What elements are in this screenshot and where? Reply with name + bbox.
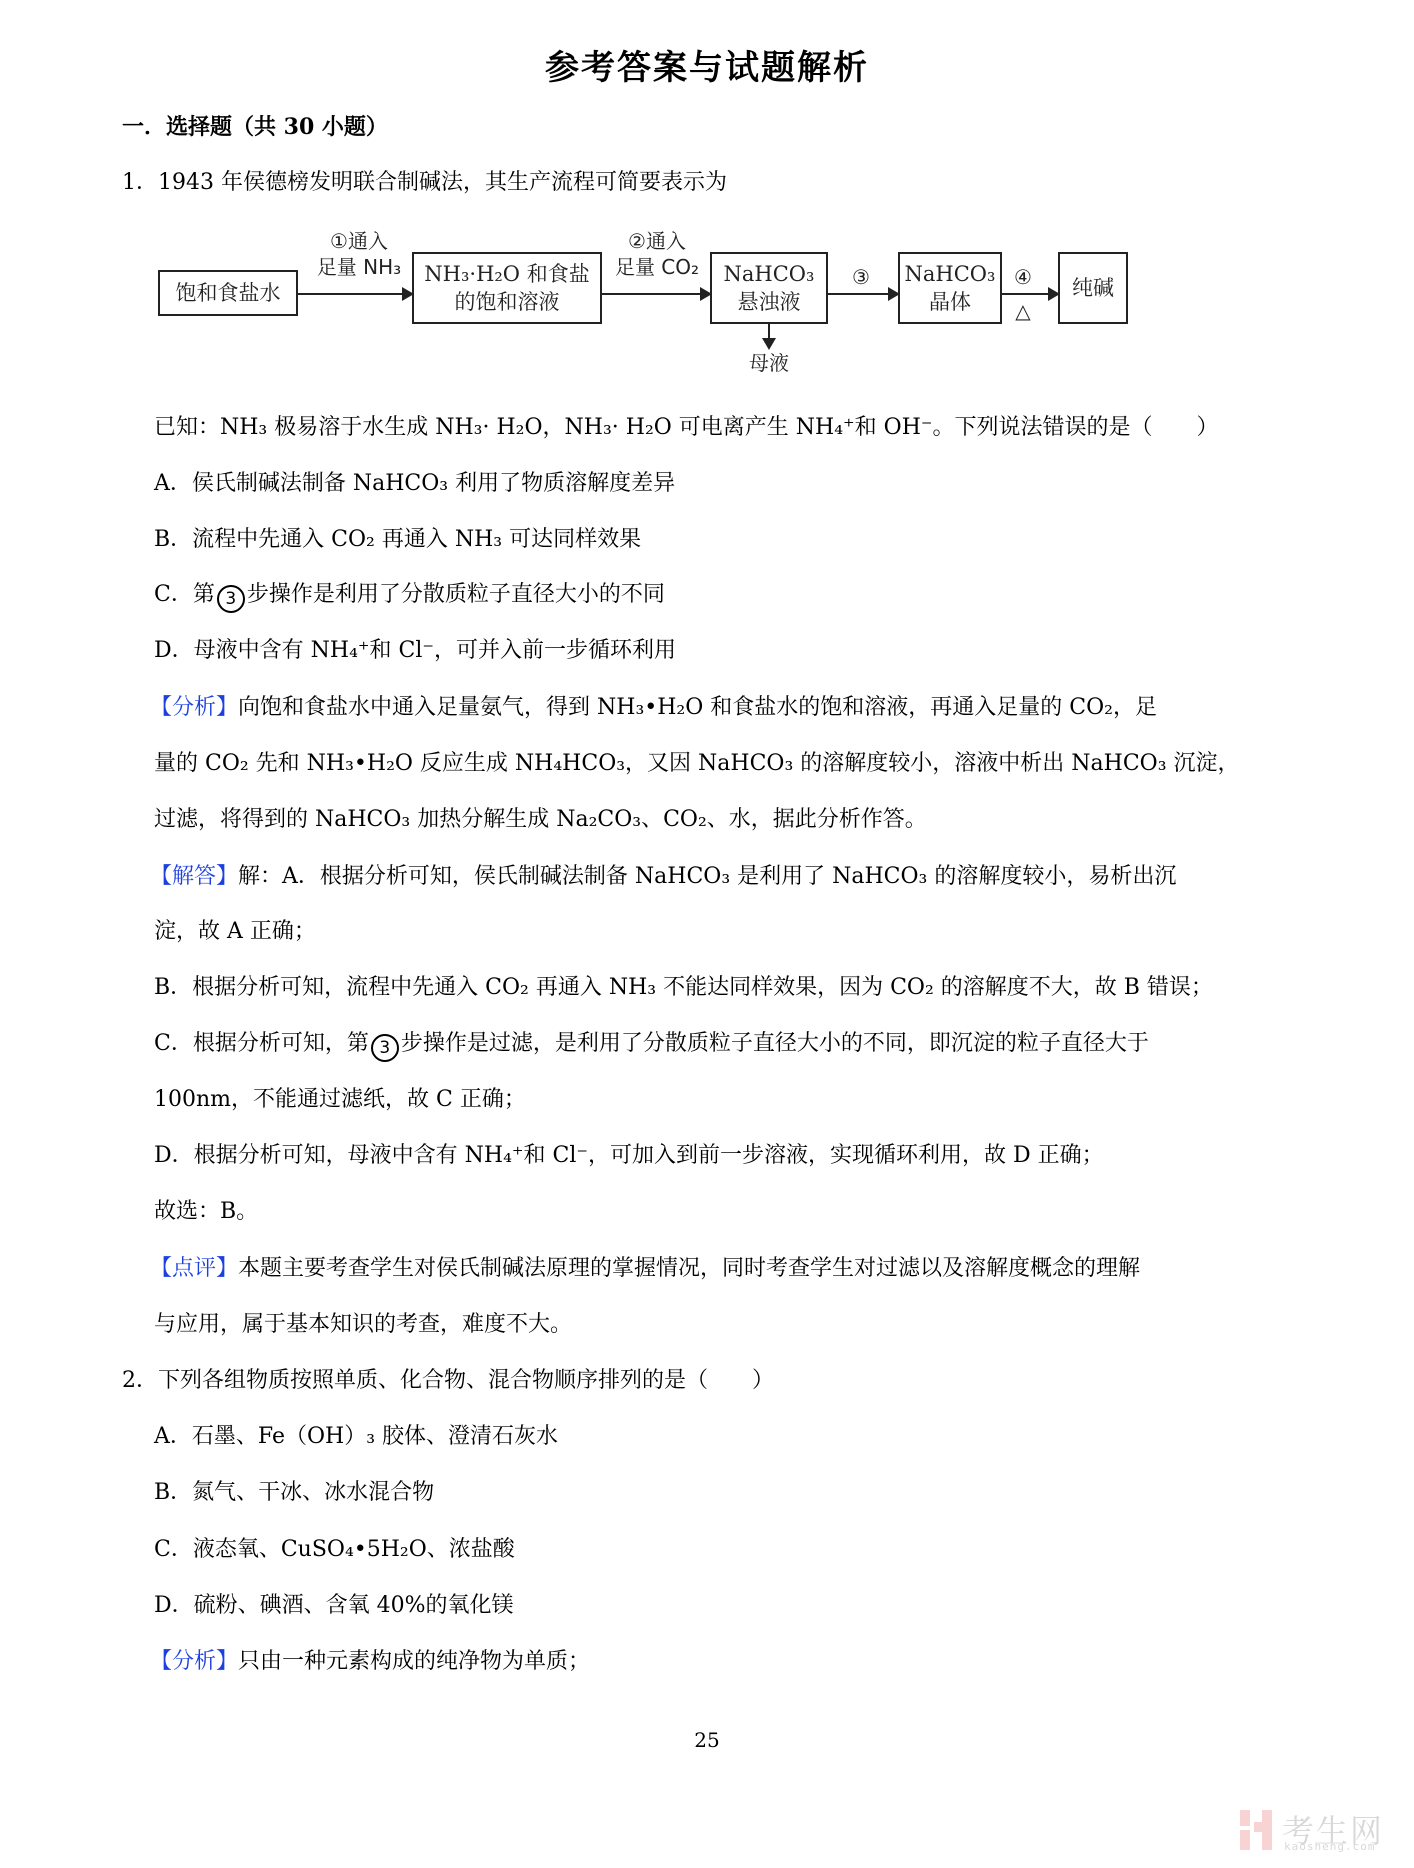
- step3-label: ③: [846, 264, 876, 290]
- q1-known-info: 已知：NH₃ 极易溶于水生成 NH₃· H₂O，NH₃· H₂O 可电离产生 N…: [154, 413, 1219, 443]
- answer-line1: 解：A．根据分析可知，侯氏制碱法制备 NaHCO₃ 是利用了 NaHCO₃ 的溶…: [238, 864, 1176, 889]
- step2-line1: ②通入: [604, 228, 710, 254]
- step1-line1: ①通入: [304, 228, 414, 254]
- box-line1: NH₃·H₂O 和食盐: [424, 260, 589, 288]
- step1-line2: 足量 NH₃: [304, 254, 414, 280]
- answer-line4-prefix: C．根据分析可知，第: [154, 1031, 369, 1056]
- process-flow-diagram: 饱和食盐水 ①通入 足量 NH₃ NH₃·H₂O 和食盐 的饱和溶液 ②通入 足…: [158, 228, 1118, 383]
- q2-option-c: C．液态氧、CuSO₄•5H₂O、浓盐酸: [154, 1535, 515, 1565]
- q2-option-d: D．硫粉、碘酒、含氧 40%的氧化镁: [154, 1591, 514, 1621]
- q1-comment: 【点评】本题主要考查学生对侯氏制碱法原理的掌握情况，同时考查学生对过滤以及溶解度…: [150, 1254, 1140, 1284]
- answer-line5: 100nm，不能通过滤纸，故 C 正确；: [154, 1085, 526, 1115]
- step2-line2: 足量 CO₂: [604, 254, 710, 280]
- heat-symbol: △: [1008, 298, 1038, 324]
- analysis-line2: 量的 CO₂ 先和 NH₃•H₂O 反应生成 NH₄HCO₃，又因 NaHCO₃…: [154, 749, 1240, 779]
- answer-line7: 故选：B。: [154, 1197, 258, 1227]
- comment-line1: 本题主要考查学生对侯氏制碱法原理的掌握情况，同时考查学生对过滤以及溶解度概念的理…: [238, 1256, 1140, 1281]
- box-line2: 悬浊液: [738, 288, 801, 316]
- box-line1: NaHCO₃: [724, 260, 815, 288]
- answer-line2: 淀，故 A 正确；: [154, 917, 316, 947]
- arrow-step4: [1002, 293, 1058, 295]
- box-label: 纯碱: [1072, 274, 1114, 302]
- box-label: 饱和食盐水: [176, 279, 281, 307]
- answer-line6: D．根据分析可知，母液中含有 NH₄⁺和 Cl⁻，可加入到前一步溶液，实现循环利…: [154, 1141, 1104, 1171]
- q2-option-a: A．石墨、Fe（OH）₃ 胶体、澄清石灰水: [154, 1422, 558, 1452]
- arrow-step1: [298, 293, 412, 295]
- q1-stem: 1．1943 年侯德榜发明联合制碱法，其生产流程可简要表示为: [122, 168, 727, 198]
- q2-stem: 2．下列各组物质按照单质、化合物、混合物顺序排列的是（ ）: [122, 1366, 774, 1396]
- analysis-tag: 【分析】: [150, 695, 238, 720]
- page-number: 25: [0, 1728, 1414, 1752]
- step2-label: ②通入 足量 CO₂: [604, 228, 710, 280]
- box-bicarbonate-crystal: NaHCO₃ 晶体: [898, 252, 1002, 324]
- box-line2: 晶体: [929, 288, 971, 316]
- analysis-line1: 只由一种元素构成的纯净物为单质；: [238, 1649, 590, 1674]
- option-c-suffix: 步操作是利用了分散质粒子直径大小的不同: [247, 582, 665, 607]
- watermark-logo-icon: [1240, 1810, 1274, 1850]
- box-line1: NaHCO₃: [905, 260, 996, 288]
- arrow-step3: [828, 293, 898, 295]
- box-soda-ash: 纯碱: [1058, 252, 1128, 324]
- comment-line2: 与应用，属于基本知识的考查，难度不大。: [154, 1310, 572, 1340]
- answer-line3: B．根据分析可知，流程中先通入 CO₂ 再通入 NH₃ 不能达同样效果，因为 C…: [154, 973, 1213, 1003]
- q2-analysis: 【分析】只由一种元素构成的纯净物为单质；: [150, 1647, 590, 1677]
- box-saturated-brine: 饱和食盐水: [158, 270, 298, 316]
- q1-analysis: 【分析】向饱和食盐水中通入足量氨气，得到 NH₃•H₂O 和食盐水的饱和溶液，再…: [150, 693, 1157, 723]
- q1-option-c: C．第3步操作是利用了分散质粒子直径大小的不同: [154, 580, 665, 613]
- q1-option-b: B．流程中先通入 CO₂ 再通入 NH₃ 可达同样效果: [154, 525, 641, 555]
- watermark: 考生网 kaosheng.com: [1232, 1806, 1412, 1856]
- q1-answer: 【解答】解：A．根据分析可知，侯氏制碱法制备 NaHCO₃ 是利用了 NaHCO…: [150, 862, 1176, 892]
- step4-label: ④: [1008, 264, 1038, 290]
- mother-liquor-label: 母液: [743, 350, 795, 376]
- analysis-line3: 过滤，将得到的 NaHCO₃ 加热分解生成 Na₂CO₃、CO₂、水，据此分析作…: [154, 805, 927, 835]
- arrow-step2: [602, 293, 710, 295]
- section-heading: 一．选择题（共 30 小题）: [122, 112, 388, 142]
- box-line2: 的饱和溶液: [455, 288, 560, 316]
- option-c-prefix: C．第: [154, 582, 215, 607]
- arrow-down-mother-liquor: [768, 324, 770, 348]
- document-page: 参考答案与试题解析 一．选择题（共 30 小题） 1．1943 年侯德榜发明联合…: [0, 0, 1414, 1868]
- circled-number-3: 3: [217, 585, 245, 613]
- page-title: 参考答案与试题解析: [0, 40, 1414, 89]
- box-ammonia-brine: NH₃·H₂O 和食盐 的饱和溶液: [412, 252, 602, 324]
- q2-option-b: B．氮气、干冰、冰水混合物: [154, 1478, 434, 1508]
- analysis-tag: 【分析】: [150, 1649, 238, 1674]
- step1-label: ①通入 足量 NH₃: [304, 228, 414, 280]
- q1-option-a: A．侯氏制碱法制备 NaHCO₃ 利用了物质溶解度差异: [154, 469, 675, 499]
- analysis-line1: 向饱和食盐水中通入足量氨气，得到 NH₃•H₂O 和食盐水的饱和溶液，再通入足量…: [238, 695, 1157, 720]
- watermark-url: kaosheng.com: [1284, 1840, 1375, 1853]
- q1-option-d: D．母液中含有 NH₄⁺和 Cl⁻，可并入前一步循环利用: [154, 636, 676, 666]
- circled-number-3: 3: [371, 1034, 399, 1062]
- answer-tag: 【解答】: [150, 864, 238, 889]
- answer-line4-suffix: 步操作是过滤，是利用了分散质粒子直径大小的不同，即沉淀的粒子直径大于: [401, 1031, 1149, 1056]
- comment-tag: 【点评】: [150, 1256, 238, 1281]
- box-bicarbonate-suspension: NaHCO₃ 悬浊液: [710, 252, 828, 324]
- answer-line4: C．根据分析可知，第3步操作是过滤，是利用了分散质粒子直径大小的不同，即沉淀的粒…: [154, 1029, 1149, 1062]
